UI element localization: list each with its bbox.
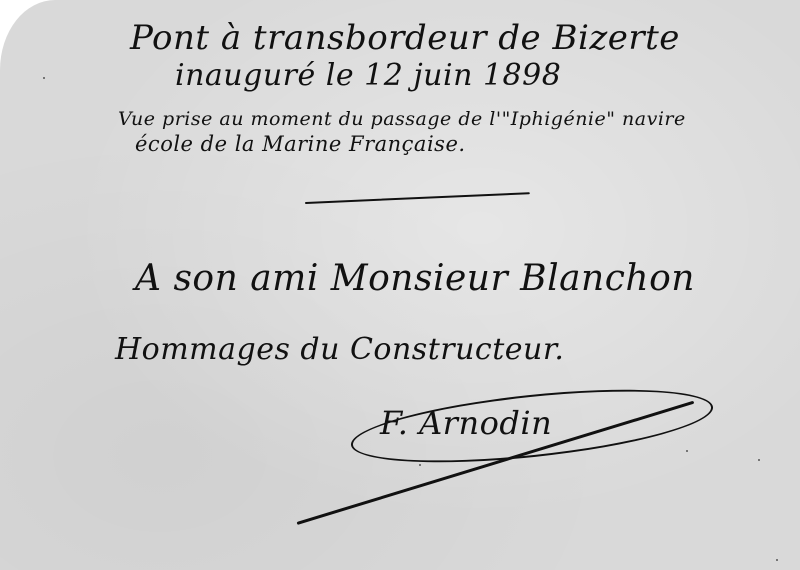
homage-line: Hommages du Constructeur.	[115, 332, 564, 367]
paper-speck	[686, 450, 688, 452]
paper-speck	[758, 459, 760, 461]
caption-line-2: école de la Marine Française.	[135, 132, 466, 156]
paper-speck	[419, 464, 421, 466]
paper-speck	[776, 559, 778, 561]
separator-line	[305, 192, 530, 204]
caption-line-1: Vue prise au moment du passage de l'"Iph…	[118, 108, 686, 130]
paper-speck	[43, 77, 45, 79]
signature: F. Arnodin	[380, 404, 552, 442]
paper-card: Pont à transbordeur de Bizerte inauguré …	[0, 0, 800, 570]
dedication-line: A son ami Monsieur Blanchon	[135, 258, 695, 299]
title-line: Pont à transbordeur de Bizerte	[130, 18, 680, 58]
date-line: inauguré le 12 juin 1898	[175, 58, 561, 93]
